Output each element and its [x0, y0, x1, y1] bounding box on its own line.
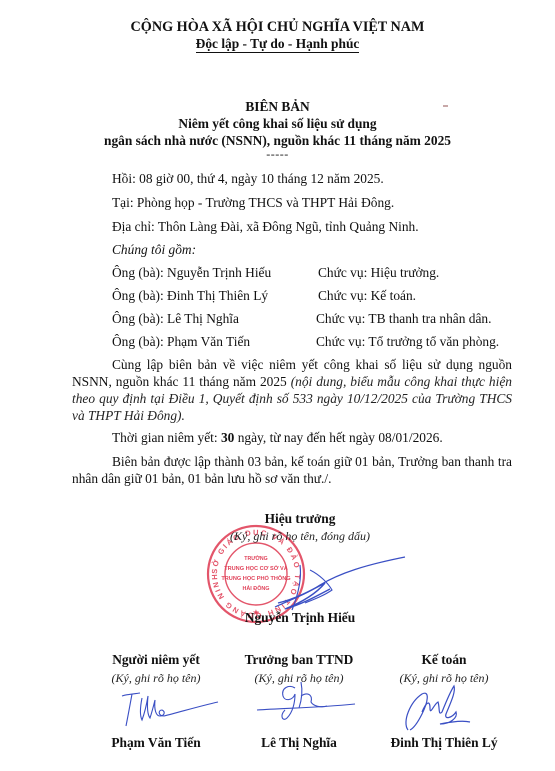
- principal-name: Nguyễn Trịnh Hiếu: [210, 610, 390, 626]
- accountant-signature-icon: [400, 682, 480, 736]
- member-role: Chức vụ: Tổ trưởng tổ văn phòng.: [316, 334, 499, 350]
- member-role: Chức vụ: Hiệu trưởng.: [318, 265, 439, 281]
- member-role: Chức vụ: Kế toán.: [318, 288, 416, 304]
- signer-title: Kế toán: [354, 652, 534, 668]
- national-motto: Độc lập - Tự do - Hạnh phúc: [0, 36, 555, 52]
- member-name: Ông (bà): Lê Thị Nghĩa: [112, 311, 239, 327]
- principal-signature-icon: [270, 555, 420, 615]
- inspection-head-signature-icon: [255, 680, 365, 726]
- signature-block-accountant: Kế toán (Ký, ghi rõ họ tên): [354, 652, 534, 686]
- member-role: Chức vụ: TB thanh tra nhân dân.: [316, 311, 491, 327]
- document-subtitle-line1: Niêm yết công khai số liệu sử dụng: [0, 116, 555, 132]
- svg-text:TRƯỜNG: TRƯỜNG: [244, 554, 267, 562]
- signer-name: Đinh Thị Thiên Lý: [354, 735, 534, 751]
- posting-suffix: ngày, từ nay đến hết ngày 08/01/2026.: [234, 430, 442, 445]
- posting-period: Thời gian niêm yết: 30 ngày, từ nay đến …: [112, 430, 443, 446]
- members-intro: Chúng tôi gồm:: [112, 242, 196, 258]
- poster-signature-icon: [120, 690, 220, 730]
- meeting-address: Địa chỉ: Thôn Làng Đài, xã Đông Ngũ, tỉn…: [112, 219, 419, 235]
- paragraph-copies: Biên bản được lập thành 03 bản, kế toán …: [72, 453, 512, 487]
- meeting-location: Tại: Phòng họp - Trường THCS và THPT Hải…: [112, 195, 394, 211]
- scan-mark: [443, 105, 448, 107]
- posting-prefix: Thời gian niêm yết:: [112, 430, 221, 445]
- member-name: Ông (bà): Đinh Thị Thiên Lý: [112, 288, 268, 304]
- title-separator: -----: [0, 147, 555, 162]
- document-title: BIÊN BẢN: [0, 99, 555, 115]
- motto-text: Độc lập - Tự do - Hạnh phúc: [196, 36, 360, 53]
- paragraph-purpose: Cùng lập biên bản về việc niêm yết công …: [72, 356, 512, 424]
- meeting-time: Hồi: 08 giờ 00, thứ 4, ngày 10 tháng 12 …: [112, 171, 384, 187]
- member-name: Ông (bà): Nguyễn Trịnh Hiếu: [112, 265, 271, 281]
- principal-note: (Ký, ghi rõ họ tên, đóng dấu): [210, 529, 390, 544]
- national-title: CỘNG HÒA XÃ HỘI CHỦ NGHĨA VIỆT NAM: [0, 19, 555, 36]
- svg-text:HẢI ĐÔNG: HẢI ĐÔNG: [243, 584, 270, 592]
- member-name: Ông (bà): Phạm Văn Tiến: [112, 334, 250, 350]
- posting-days: 30: [221, 430, 234, 445]
